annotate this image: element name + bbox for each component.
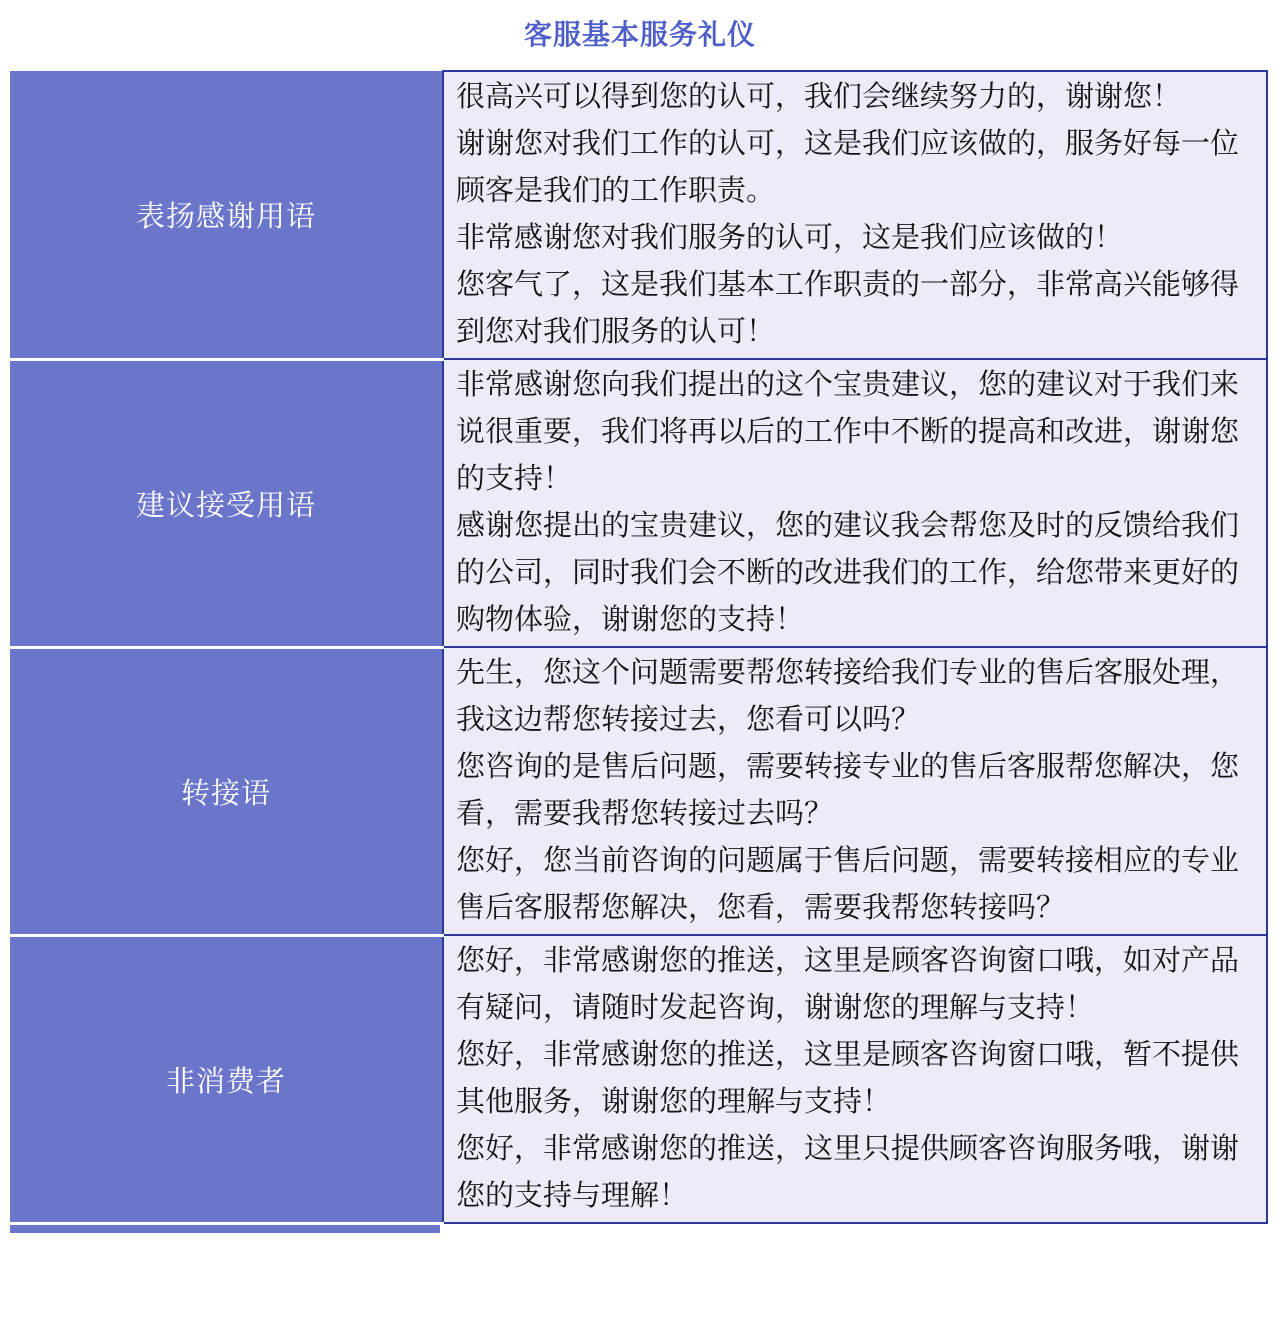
phrase: 非常感谢您向我们提出的这个宝贵建议，您的建议对于我们来说很重要，我们将再以后的工… — [456, 362, 1254, 503]
document-page: 客服基本服务礼仪 表扬感谢用语 很高兴可以得到您的认可，我们会继续努力的，谢谢您… — [0, 0, 1280, 1340]
etiquette-table: 表扬感谢用语 很高兴可以得到您的认可，我们会继续努力的，谢谢您！ 谢谢您对我们工… — [10, 70, 1268, 1225]
table-row-suggestion-accept: 建议接受用语 非常感谢您向我们提出的这个宝贵建议，您的建议对于我们来说很重要，我… — [10, 359, 1267, 647]
row-label-transfer: 转接语 — [10, 647, 443, 935]
page-title: 客服基本服务礼仪 — [0, 0, 1280, 70]
row-label-praise-thanks: 表扬感谢用语 — [10, 71, 443, 359]
partial-next-row-label-cell — [10, 1225, 440, 1233]
phrase: 非常感谢您对我们服务的认可，这是我们应该做的！ — [456, 215, 1254, 262]
phrase: 先生，您这个问题需要帮您转接给我们专业的售后客服处理，我这边帮您转接过去，您看可… — [456, 650, 1254, 744]
row-content-transfer: 先生，您这个问题需要帮您转接给我们专业的售后客服处理，我这边帮您转接过去，您看可… — [443, 647, 1267, 935]
table-row-praise-thanks: 表扬感谢用语 很高兴可以得到您的认可，我们会继续努力的，谢谢您！ 谢谢您对我们工… — [10, 71, 1267, 359]
row-label-suggestion-accept: 建议接受用语 — [10, 359, 443, 647]
phrase: 您客气了，这是我们基本工作职责的一部分，非常高兴能够得到您对我们服务的认可！ — [456, 262, 1254, 356]
phrase: 您咨询的是售后问题，需要转接专业的售后客服帮您解决，您看，需要我帮您转接过去吗？ — [456, 744, 1254, 838]
phrase: 您好，您当前咨询的问题属于售后问题，需要转接相应的专业售后客服帮您解决，您看，需… — [456, 838, 1254, 932]
table-row-non-consumer: 非消费者 您好，非常感谢您的推送，这里是顾客咨询窗口哦，如对产品有疑问，请随时发… — [10, 935, 1267, 1223]
etiquette-table-body: 表扬感谢用语 很高兴可以得到您的认可，我们会继续努力的，谢谢您！ 谢谢您对我们工… — [10, 71, 1267, 1223]
phrase: 您好，非常感谢您的推送，这里是顾客咨询窗口哦，如对产品有疑问，请随时发起咨询，谢… — [456, 938, 1254, 1032]
phrase: 很高兴可以得到您的认可，我们会继续努力的，谢谢您！ — [456, 74, 1254, 121]
row-label-non-consumer: 非消费者 — [10, 935, 443, 1223]
phrase: 您好，非常感谢您的推送，这里只提供顾客咨询服务哦，谢谢您的支持与理解！ — [456, 1126, 1254, 1220]
row-content-non-consumer: 您好，非常感谢您的推送，这里是顾客咨询窗口哦，如对产品有疑问，请随时发起咨询，谢… — [443, 935, 1267, 1223]
phrase: 您好，非常感谢您的推送，这里是顾客咨询窗口哦，暂不提供其他服务，谢谢您的理解与支… — [456, 1032, 1254, 1126]
row-content-suggestion-accept: 非常感谢您向我们提出的这个宝贵建议，您的建议对于我们来说很重要，我们将再以后的工… — [443, 359, 1267, 647]
phrase: 谢谢您对我们工作的认可，这是我们应该做的，服务好每一位顾客是我们的工作职责。 — [456, 121, 1254, 215]
row-content-praise-thanks: 很高兴可以得到您的认可，我们会继续努力的，谢谢您！ 谢谢您对我们工作的认可，这是… — [443, 71, 1267, 359]
table-row-transfer: 转接语 先生，您这个问题需要帮您转接给我们专业的售后客服处理，我这边帮您转接过去… — [10, 647, 1267, 935]
phrase: 感谢您提出的宝贵建议，您的建议我会帮您及时的反馈给我们的公司，同时我们会不断的改… — [456, 503, 1254, 644]
